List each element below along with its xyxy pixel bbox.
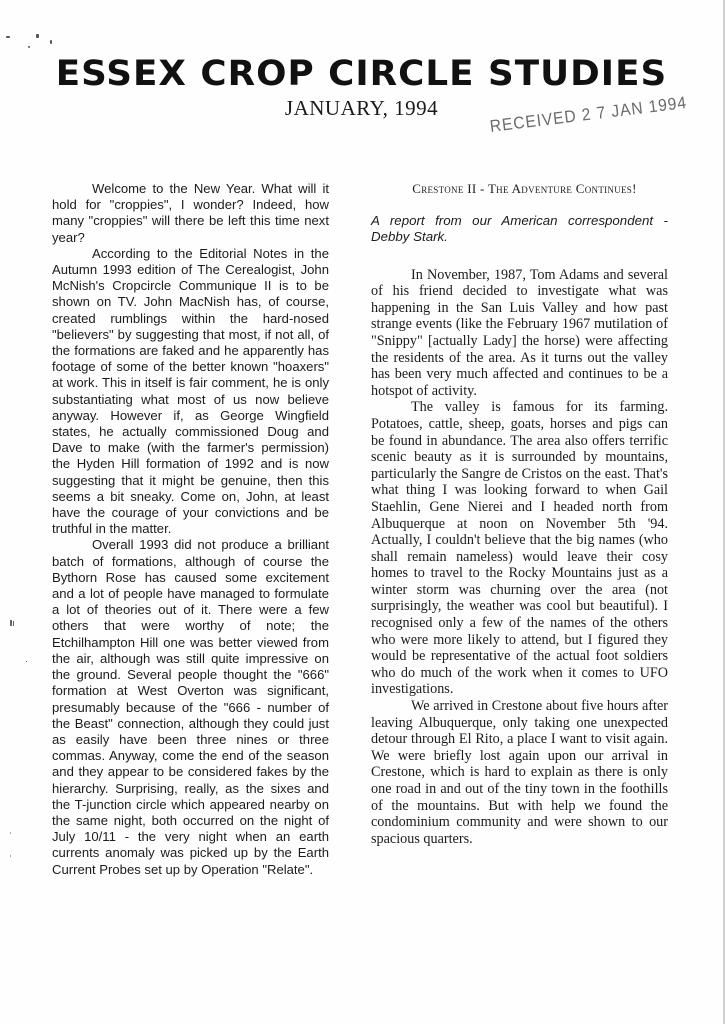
article-paragraph: We arrived in Crestone about five hours … — [371, 698, 668, 847]
editorial-paragraph: Overall 1993 did not produce a brilliant… — [52, 537, 329, 877]
article-paragraph: The valley is famous for its farming. Po… — [371, 399, 668, 698]
margin-mark — [26, 661, 27, 662]
editorial-column: Welcome to the New Year. What will it ho… — [52, 181, 329, 878]
margin-mark — [10, 620, 12, 626]
article-byline: A report from our American correspondent… — [371, 213, 668, 246]
article-column: Crestone II - The Adventure Continues! A… — [371, 181, 668, 847]
margin-mark — [10, 832, 11, 834]
margin-mark — [10, 855, 11, 857]
editorial-paragraph: According to the Editorial Notes in the … — [52, 246, 329, 538]
newsletter-title: ESSEX CROP CIRCLE STUDIES — [0, 54, 725, 94]
scan-artifact-marks — [6, 26, 76, 56]
article-paragraph: In November, 1987, Tom Adams and several… — [371, 267, 668, 400]
newsletter-page: ESSEX CROP CIRCLE STUDIES JANUARY, 1994 … — [0, 0, 725, 1024]
editorial-paragraph: Welcome to the New Year. What will it ho… — [52, 181, 329, 246]
article-title: Crestone II - The Adventure Continues! — [371, 181, 668, 198]
margin-mark — [13, 621, 14, 626]
